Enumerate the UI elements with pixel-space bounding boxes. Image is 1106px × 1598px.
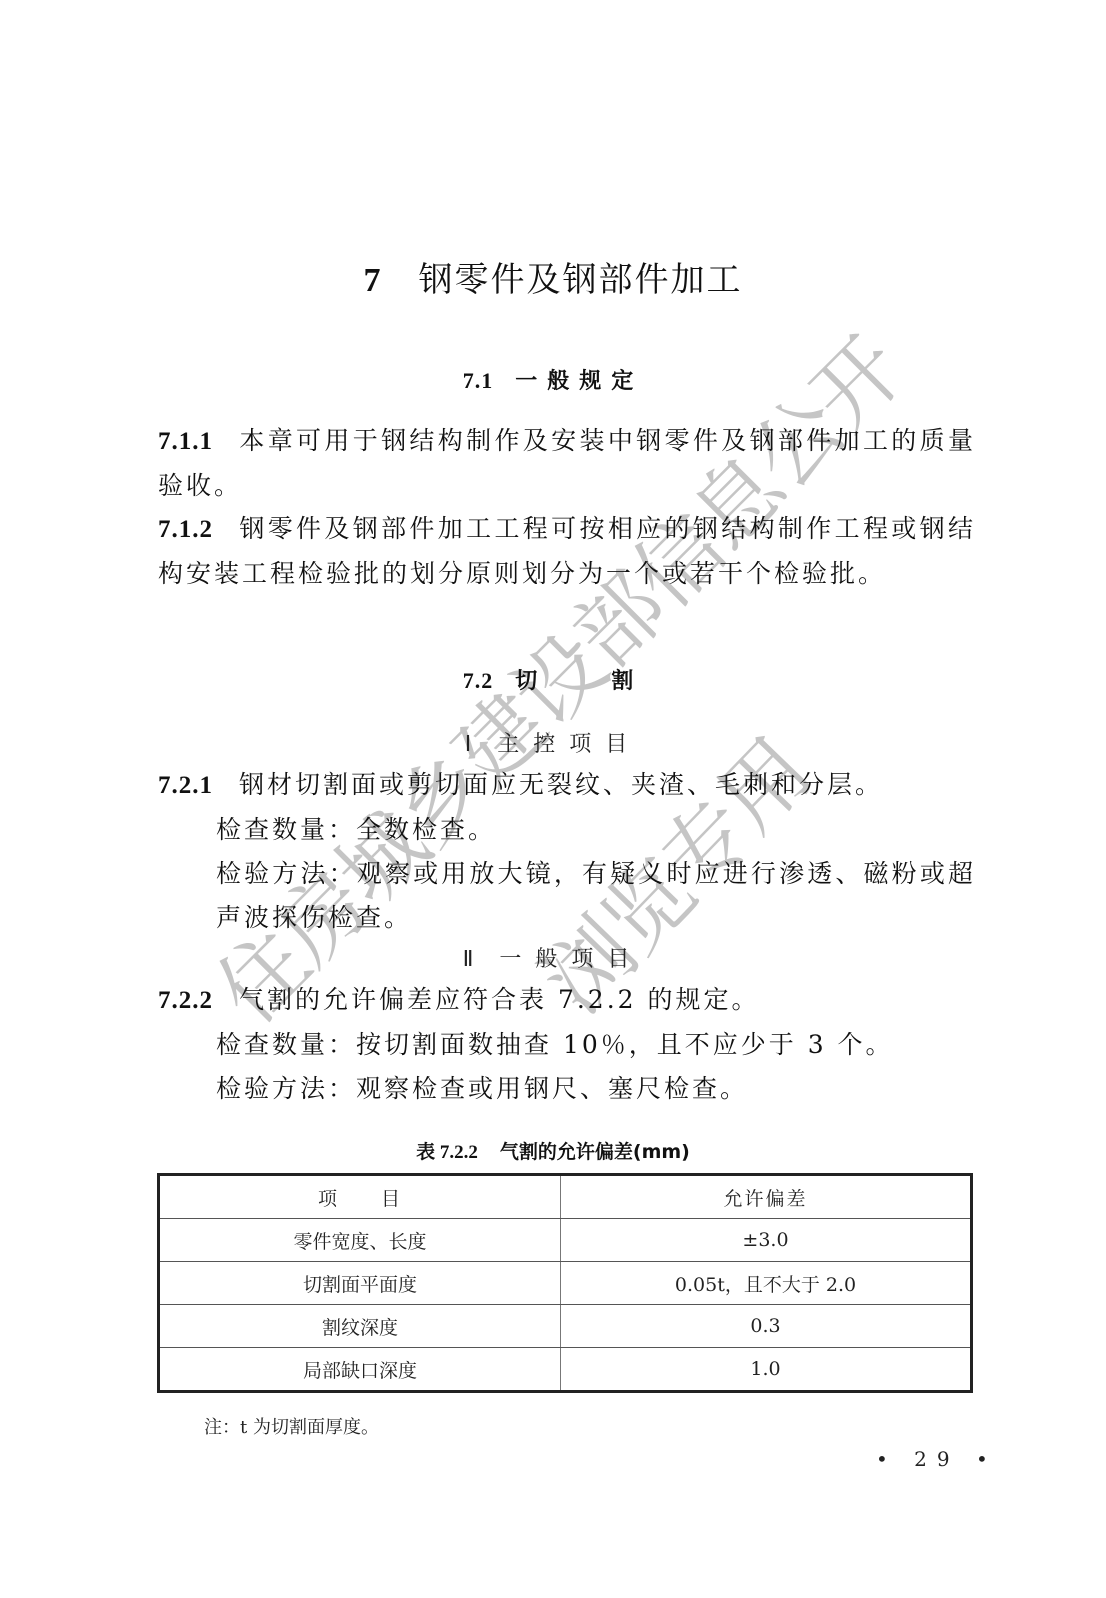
check-method: 检验方法：观察检查或用钢尺、塞尺检查。 [158,1067,976,1111]
chapter-title: 7钢零件及钢部件加工 [0,252,1106,301]
table-row: 零件宽度、长度 ±3.0 [159,1219,972,1262]
clause-number: 7.1.1 [158,428,213,455]
cell-tolerance: 0.05t，且不大于 2.0 [561,1262,972,1305]
roman-numeral: Ⅰ [465,731,472,756]
chapter-title-text: 钢零件及钢部件加工 [419,260,743,300]
cell-tolerance: ±3.0 [561,1219,972,1262]
clause-text: 钢材切割面或剪切面应无裂纹、夹渣、毛刺和分层。 [239,770,883,799]
subsection-title: 主控项目 [497,732,641,757]
cell-tolerance: 0.3 [561,1305,972,1348]
table-row: 局部缺口深度 1.0 [159,1348,972,1392]
check-quantity: 检查数量：全数检查。 [158,808,976,852]
table-caption: 表 7.2.2气割的允许偏差(mm) [0,1137,1106,1164]
clause-text: 钢零件及钢部件加工工程可按相应的钢结构制作工程或钢结构安装工程检验批的划分原则划… [158,514,976,588]
subsection-title: 一般项目 [499,947,643,972]
clause-7-1-1: 7.1.1本章可用于钢结构制作及安装中钢零件及钢部件加工的质量验收。 [158,419,976,508]
table-row: 切割面平面度 0.05t，且不大于 2.0 [159,1262,972,1305]
cell-item: 割纹深度 [159,1305,561,1348]
table-number: 表 7.2.2 [416,1142,478,1163]
table-note: 注：t 为切割面厚度。 [204,1413,379,1439]
subsection-main-control-items: Ⅰ主控项目 [0,727,1106,758]
clause-number: 7.2.1 [158,772,213,799]
header-tolerance: 允许偏差 [561,1175,972,1219]
page-number: • 29 • [876,1447,998,1471]
check-quantity: 检查数量：按切割面数抽查 10％，且不应少于 3 个。 [158,1023,976,1067]
subsection-general-items: Ⅱ一般项目 [0,942,1106,973]
section-title-text: 一般规定 [515,369,643,394]
check-method: 检验方法：观察或用放大镜，有疑义时应进行渗透、磁粉或超声波探伤检查。 [158,852,976,940]
clause-text: 气割的允许偏差应符合表 7.2.2 的规定。 [239,985,760,1014]
roman-numeral: Ⅱ [463,946,474,971]
clause-7-2-1: 7.2.1钢材切割面或剪切面应无裂纹、夹渣、毛刺和分层。 检查数量：全数检查。 … [158,763,976,940]
section-7-1-heading: 7.1一般规定 [0,364,1106,395]
clause-number: 7.1.2 [158,516,213,543]
tolerance-table: 项 目 允许偏差 零件宽度、长度 ±3.0 切割面平面度 0.05t，且不大于 … [157,1173,973,1393]
clause-text: 本章可用于钢结构制作及安装中钢零件及钢部件加工的质量验收。 [158,426,976,500]
clause-7-1-2: 7.1.2钢零件及钢部件加工工程可按相应的钢结构制作工程或钢结构安装工程检验批的… [158,507,976,596]
table-row: 割纹深度 0.3 [159,1305,972,1348]
section-title-text: 切 割 [515,669,643,694]
clause-number: 7.2.2 [158,987,213,1014]
table-title: 气割的允许偏差(mm) [500,1141,690,1163]
chapter-number: 7 [364,262,383,299]
section-number: 7.2 [463,668,494,693]
cell-tolerance: 1.0 [561,1348,972,1392]
table-header-row: 项 目 允许偏差 [159,1175,972,1219]
cell-item: 局部缺口深度 [159,1348,561,1392]
cell-item: 零件宽度、长度 [159,1219,561,1262]
section-7-2-heading: 7.2切 割 [0,664,1106,695]
cell-item: 切割面平面度 [159,1262,561,1305]
section-number: 7.1 [463,368,494,393]
clause-7-2-2: 7.2.2气割的允许偏差应符合表 7.2.2 的规定。 检查数量：按切割面数抽查… [158,978,976,1111]
header-item: 项 目 [159,1175,561,1219]
